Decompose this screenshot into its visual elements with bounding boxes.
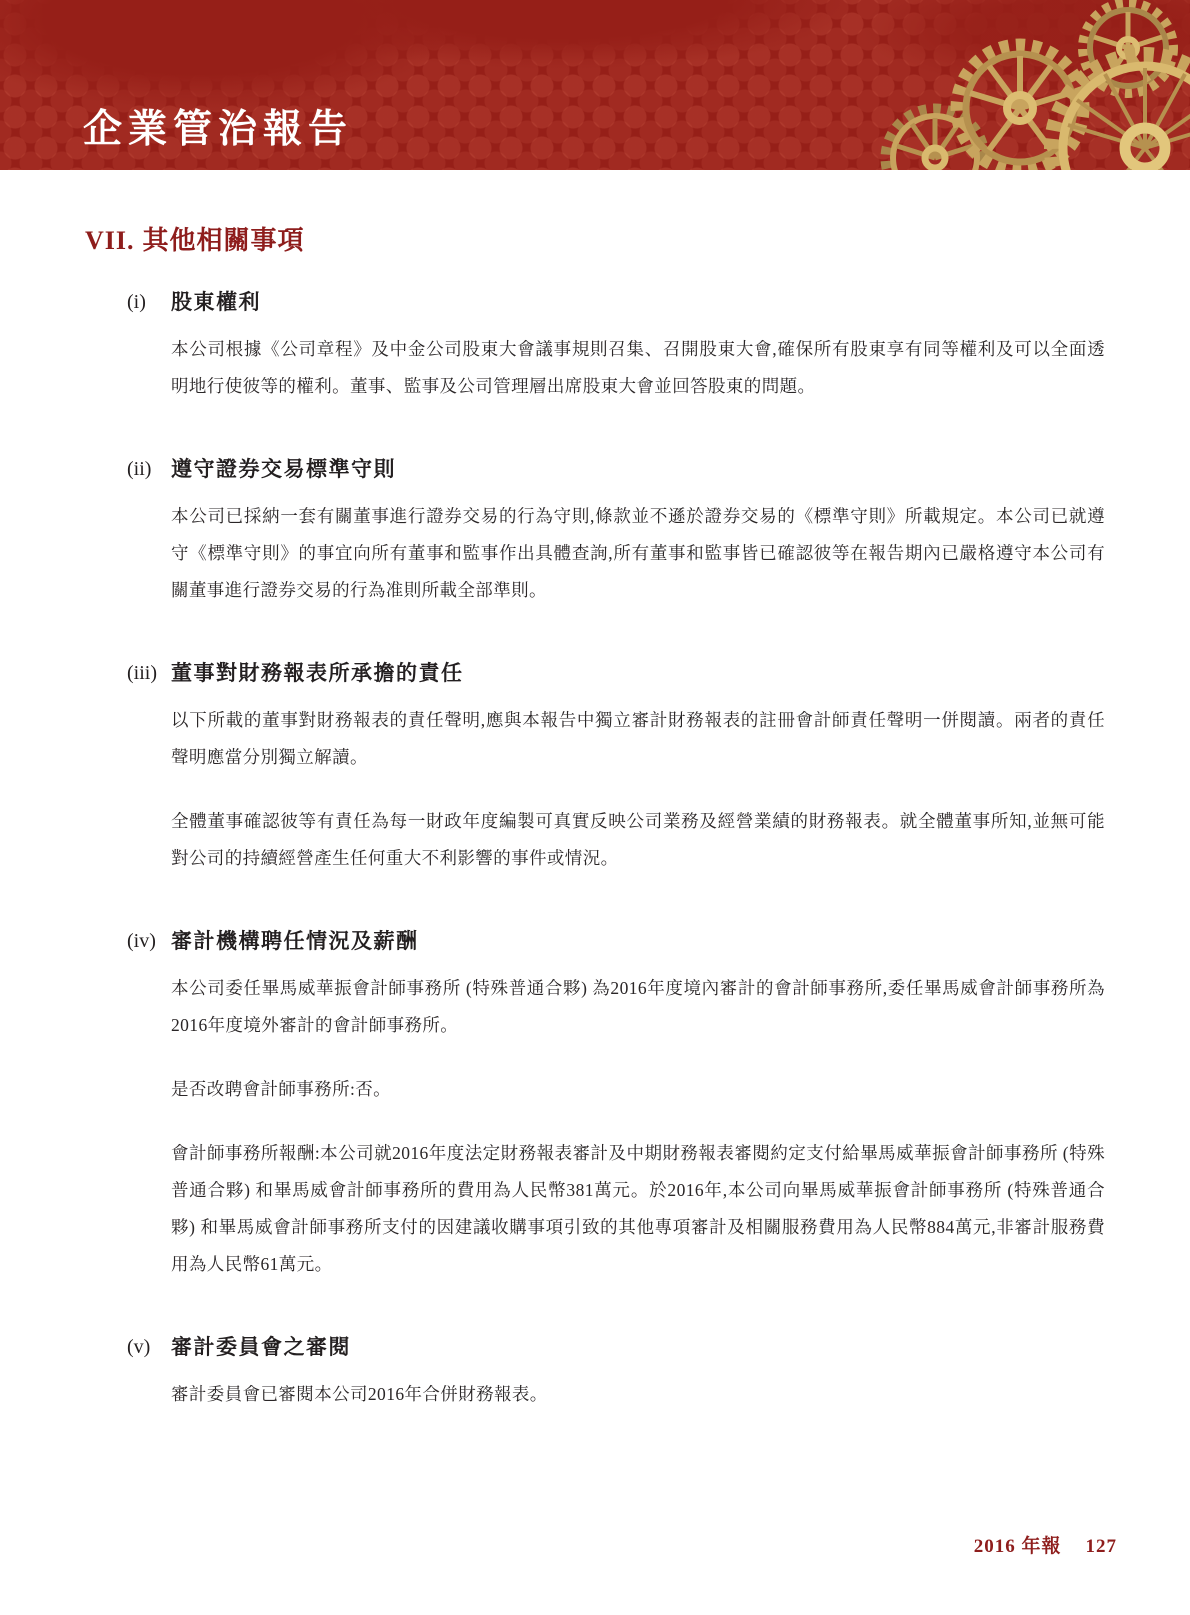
gears-icon	[860, 0, 1190, 170]
subsection-title: 審計委員會之審閱	[171, 1332, 1105, 1362]
subsection: (v) 審計委員會之審閱 審計委員會已審閱本公司2016年合併財務報表。	[127, 1332, 1105, 1440]
paragraph: 會計師事務所報酬:本公司就2016年度法定財務報表審計及中期財務報表審閱約定支付…	[171, 1135, 1105, 1283]
subsection-label: (i)	[127, 287, 171, 331]
paragraph: 全體董事確認彼等有責任為每一財政年度編製可真實反映公司業務及經營業績的財務報表。…	[171, 803, 1105, 877]
paragraph: 本公司根據《公司章程》及中金公司股東大會議事規則召集、召開股東大會,確保所有股東…	[171, 331, 1105, 405]
subsection-title: 遵守證券交易標準守則	[171, 454, 1105, 484]
section-number: VII.	[85, 226, 135, 255]
subsection-paragraphs: 本公司委任畢馬威華振會計師事務所 (特殊普通合夥) 為2016年度境內審計的會計…	[171, 970, 1105, 1310]
subsection-paragraphs: 本公司根據《公司章程》及中金公司股東大會議事規則召集、召開股東大會,確保所有股東…	[171, 331, 1105, 432]
subsection-paragraphs: 本公司已採納一套有關董事進行證券交易的行為守則,條款並不遜於證券交易的《標準守則…	[171, 498, 1105, 636]
subsection-list: (i) 股東權利 本公司根據《公司章程》及中金公司股東大會議事規則召集、召開股東…	[85, 287, 1105, 1440]
subsection-title: 股東權利	[171, 287, 1105, 317]
paragraph: 本公司委任畢馬威華振會計師事務所 (特殊普通合夥) 為2016年度境內審計的會計…	[171, 970, 1105, 1044]
subsection-title: 審計機構聘任情況及薪酬	[171, 926, 1105, 956]
report-name: 2016 年報	[974, 1531, 1062, 1558]
paragraph: 本公司已採納一套有關董事進行證券交易的行為守則,條款並不遜於證券交易的《標準守則…	[171, 498, 1105, 609]
subsection-label: (iv)	[127, 926, 171, 970]
document-body: VII.其他相關事項 (i) 股東權利 本公司根據《公司章程》及中金公司股東大會…	[0, 170, 1190, 1440]
paragraph: 以下所載的董事對財務報表的責任聲明,應與本報告中獨立審計財務報表的註冊會計師責任…	[171, 702, 1105, 776]
subsection-label: (v)	[127, 1332, 171, 1376]
subsection: (iv) 審計機構聘任情況及薪酬 本公司委任畢馬威華振會計師事務所 (特殊普通合…	[127, 926, 1105, 1310]
subsection: (iii) 董事對財務報表所承擔的責任 以下所載的董事對財務報表的責任聲明,應與…	[127, 658, 1105, 904]
subsection: (i) 股東權利 本公司根據《公司章程》及中金公司股東大會議事規則召集、召開股東…	[127, 287, 1105, 432]
subsection-paragraphs: 審計委員會已審閱本公司2016年合併財務報表。	[171, 1376, 1105, 1440]
paragraph: 是否改聘會計師事務所:否。	[171, 1071, 1105, 1108]
subsection-label: (ii)	[127, 454, 171, 498]
paragraph: 審計委員會已審閱本公司2016年合併財務報表。	[171, 1376, 1105, 1413]
page-number: 127	[1086, 1536, 1118, 1558]
page-title: 企業管治報告	[83, 98, 353, 154]
section-heading: VII.其他相關事項	[85, 220, 1105, 257]
section-title-text: 其他相關事項	[143, 226, 305, 255]
subsection-title: 董事對財務報表所承擔的責任	[171, 658, 1105, 688]
subsection-label: (iii)	[127, 658, 171, 702]
subsection: (ii) 遵守證券交易標準守則 本公司已採納一套有關董事進行證券交易的行為守則,…	[127, 454, 1105, 636]
subsection-paragraphs: 以下所載的董事對財務報表的責任聲明,應與本報告中獨立審計財務報表的註冊會計師責任…	[171, 702, 1105, 904]
page-footer: 2016 年報 127	[974, 1531, 1117, 1558]
report-page: 企業管治報告 VII.其他相關事項 (i) 股東權利 本公司根據《公司章程》及中…	[0, 0, 1190, 1615]
page-banner: 企業管治報告	[0, 0, 1190, 170]
